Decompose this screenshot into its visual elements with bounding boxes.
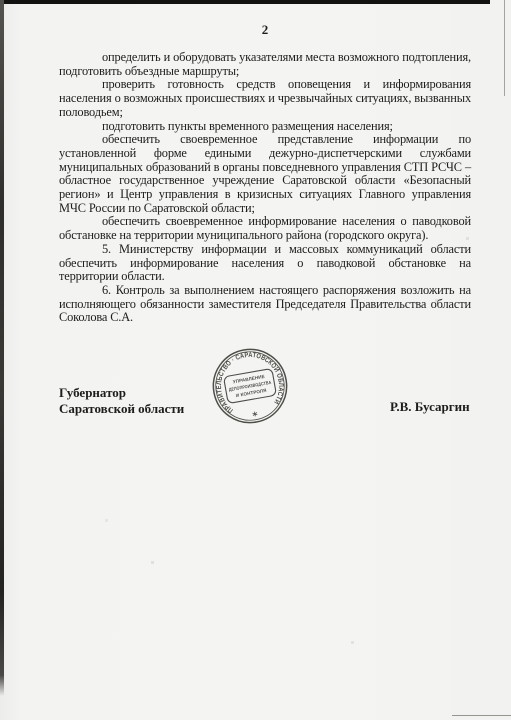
paragraph-flood-signs: определить и оборудовать указателями мес… — [59, 51, 471, 78]
paragraph-item-6-control: 6. Контроль за выполнением настоящего ра… — [59, 284, 471, 325]
scan-artifact-bottom-edge — [452, 715, 511, 716]
document-body: определить и оборудовать указателями мес… — [59, 51, 471, 325]
scan-artifact-left-edge — [0, 0, 4, 696]
paragraph-item-5-ministry: 5. Министерству информации и массовых ко… — [59, 243, 471, 284]
signatory-post-line-1: Губернатор — [59, 385, 184, 401]
paragraph-public-informing: обеспечить своевременное информирование … — [59, 215, 471, 242]
stamp-star-icon: * — [252, 411, 260, 423]
signature-block: Губернатор Саратовской области — [59, 385, 184, 416]
paragraph-info-reporting: обеспечить своевременное представление и… — [59, 133, 471, 215]
official-round-stamp: ПРАВИТЕЛЬСТВО · САРАТОВСКОЙ ОБЛАСТИ * УП… — [190, 326, 310, 446]
scan-artifact-top-edge — [0, 0, 490, 4]
scanned-document-page: 2 определить и оборудовать указателями м… — [0, 0, 511, 720]
paragraph-alert-readiness: проверить готовность средств оповещения … — [59, 78, 471, 119]
page-number: 2 — [59, 22, 471, 38]
signatory-post-line-2: Саратовской области — [59, 401, 184, 417]
paragraph-shelter-points: подготовить пункты временного размещения… — [59, 120, 471, 134]
scan-noise-specks — [0, 0, 1, 1]
signatory-name: Р.В. Бусаргин — [390, 399, 470, 415]
scan-artifact-right-edge — [504, 0, 505, 96]
